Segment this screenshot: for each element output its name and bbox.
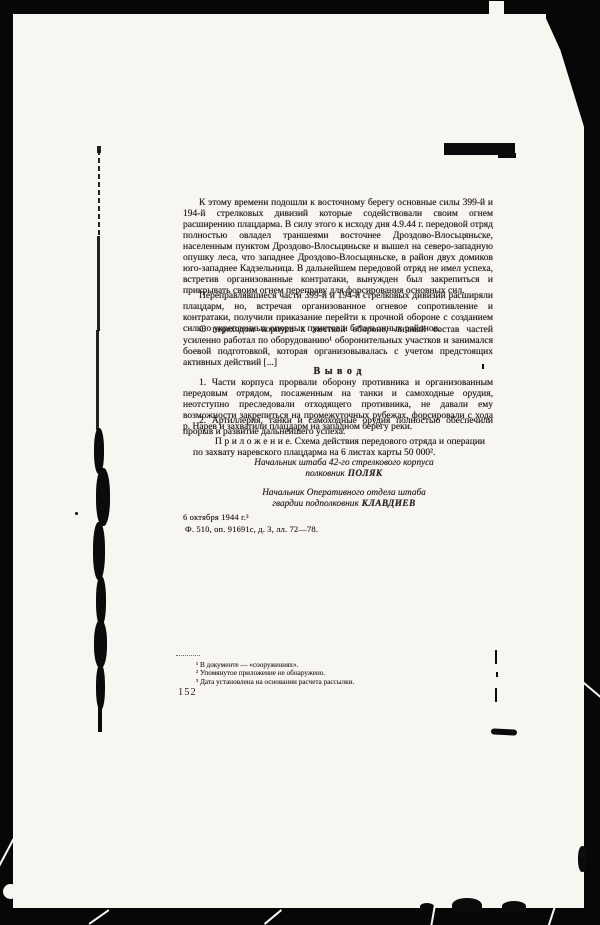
- scan-artifact-scratch: [264, 909, 282, 925]
- signature-title: Начальник штаба 42-го стрелкового корпус…: [195, 458, 493, 469]
- scan-artifact-gutter-blob: [96, 576, 106, 626]
- scan-artifact-tick: [496, 672, 498, 677]
- scan-artifact-ink-bar-tail: [498, 153, 516, 158]
- scan-artifact-gutter: [96, 330, 99, 430]
- date-line: 6 октября 1944 г.³: [183, 513, 249, 522]
- paragraph: К этому времени подошли к восточному бер…: [183, 198, 493, 297]
- signature-line: полковникПОЛЯК: [195, 469, 493, 480]
- scan-artifact-gutter-blob: [96, 468, 110, 526]
- conclusion-heading: В ы в о д: [183, 366, 493, 377]
- attachment-note: П р и л о ж е н и е. Схема действия пере…: [183, 437, 493, 459]
- conclusion-item: 2. Артиллерия, танки и самоходные орудия…: [183, 416, 493, 438]
- signature-rank: полковник: [305, 469, 344, 479]
- scan-artifact-gutter-tail: [98, 706, 102, 732]
- scanned-document-image: К этому времени подошли к восточному бер…: [0, 0, 600, 925]
- scan-artifact-top-notch: [489, 1, 504, 14]
- footnote: ³ Дата установлена на основании расчета …: [196, 678, 354, 686]
- scan-artifact-scratch: [89, 909, 110, 924]
- signature-block: Начальник штаба 42-го стрелкового корпус…: [183, 458, 493, 481]
- scan-artifact-tick: [495, 650, 497, 664]
- scan-artifact-speck: [482, 364, 484, 369]
- paragraph: С переходом корпуса к жесткой обороне, л…: [183, 325, 493, 369]
- signature-line: гвардии подполковникКЛАВДИЕВ: [195, 499, 493, 510]
- signature-block: Начальник Оперативного отдела штаба гвар…: [183, 488, 493, 511]
- scan-artifact-edge-bump: [420, 903, 434, 910]
- signature-name: ПОЛЯК: [348, 469, 383, 479]
- scan-artifact-speck: [75, 512, 78, 515]
- footnote: ² Упомянутое приложение не обнаружено.: [196, 669, 354, 677]
- page-number: 152: [178, 687, 197, 698]
- signature-name: КЛАВДИЕВ: [362, 499, 416, 509]
- scan-artifact-edge-bump: [502, 901, 526, 911]
- footnotes: ¹ В документе — «сооружениях». ² Упомяну…: [196, 661, 354, 686]
- scan-artifact-tick: [495, 688, 497, 702]
- scan-artifact-dash: [491, 728, 517, 735]
- scan-artifact-gutter-blob: [94, 620, 107, 668]
- scan-artifact-notch: [3, 884, 18, 899]
- scan-artifact-gutter-blob: [96, 664, 105, 710]
- scan-artifact-gutter: [97, 236, 100, 331]
- scan-artifact-edge-blob: [578, 846, 587, 872]
- signature-rank: гвардии подполковник: [272, 499, 358, 509]
- archive-reference: Ф. 510, оп. 91691с, д. 3, лл. 72—78.: [185, 525, 318, 534]
- signature-title: Начальник Оперативного отдела штаба: [195, 488, 493, 499]
- scan-artifact-edge-bump: [452, 898, 482, 912]
- scan-artifact-gutter: [98, 150, 100, 238]
- footnote-rule: [176, 655, 200, 656]
- scan-artifact-gutter-blob: [93, 522, 105, 580]
